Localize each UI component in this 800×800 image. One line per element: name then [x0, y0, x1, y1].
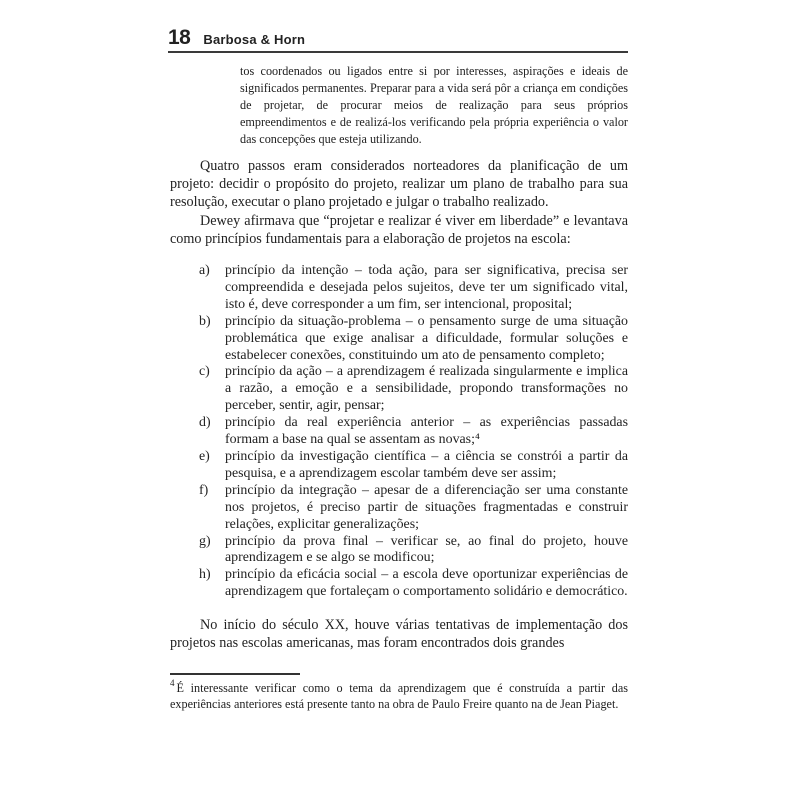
- list-item-text: princípio da prova final – verificar se,…: [225, 534, 628, 568]
- book-page: 18 Barbosa & Horn tos coordenados ou lig…: [0, 0, 800, 800]
- list-item-text: princípio da situação-problema – o pensa…: [225, 314, 628, 365]
- list-item-text: princípio da ação – a aprendizagem é rea…: [225, 364, 628, 415]
- list-item-text: princípio da integração – apesar de a di…: [225, 483, 628, 534]
- page-content: tos coordenados ou ligados entre si por …: [170, 60, 628, 712]
- list-item-marker: d): [199, 415, 211, 432]
- footnote-marker: 4: [170, 678, 175, 688]
- list-item: h) princípio da eficácia social – a esco…: [170, 567, 628, 601]
- list-item-marker: c): [199, 364, 210, 381]
- list-item-text: princípio da eficácia social – a escola …: [225, 567, 628, 601]
- list-item: d) princípio da real experiência anterio…: [170, 415, 628, 449]
- footnote-separator: [170, 673, 300, 675]
- list-item-marker: a): [199, 263, 210, 280]
- footnote-text: É interessante verificar como o tema da …: [170, 681, 628, 711]
- list-item: c) princípio da ação – a aprendizagem é …: [170, 364, 628, 415]
- paragraph-2: Dewey afirmava que “projetar e realizar …: [170, 212, 628, 248]
- list-item-text: princípio da intenção – toda ação, para …: [225, 263, 628, 314]
- list-item: a) princípio da intenção – toda ação, pa…: [170, 263, 628, 314]
- page-number: 18: [168, 27, 190, 48]
- page-header: 18 Barbosa & Horn: [168, 27, 628, 53]
- running-head: Barbosa & Horn: [203, 32, 305, 47]
- list-item: b) princípio da situação-problema – o pe…: [170, 314, 628, 365]
- block-quote: tos coordenados ou ligados entre si por …: [240, 63, 628, 148]
- paragraph-3: No início do século XX, houve várias ten…: [170, 616, 628, 652]
- list-item-marker: f): [199, 483, 208, 500]
- list-item-text: princípio da real experiência anterior –…: [225, 415, 628, 449]
- list-item-marker: b): [199, 314, 211, 331]
- principles-list: a) princípio da intenção – toda ação, pa…: [170, 263, 628, 601]
- list-item: g) princípio da prova final – verificar …: [170, 534, 628, 568]
- list-item-marker: h): [199, 567, 211, 584]
- footnote-area: 4É interessante verificar como o tema da…: [170, 673, 628, 712]
- list-item-text: princípio da investigação científica – a…: [225, 449, 628, 483]
- list-item-marker: g): [199, 534, 211, 551]
- list-item: f) princípio da integração – apesar de a…: [170, 483, 628, 534]
- list-item: e) princípio da investigação científica …: [170, 449, 628, 483]
- paragraph-1: Quatro passos eram considerados norteado…: [170, 157, 628, 212]
- list-item-marker: e): [199, 449, 210, 466]
- footnote: 4É interessante verificar como o tema da…: [170, 680, 628, 712]
